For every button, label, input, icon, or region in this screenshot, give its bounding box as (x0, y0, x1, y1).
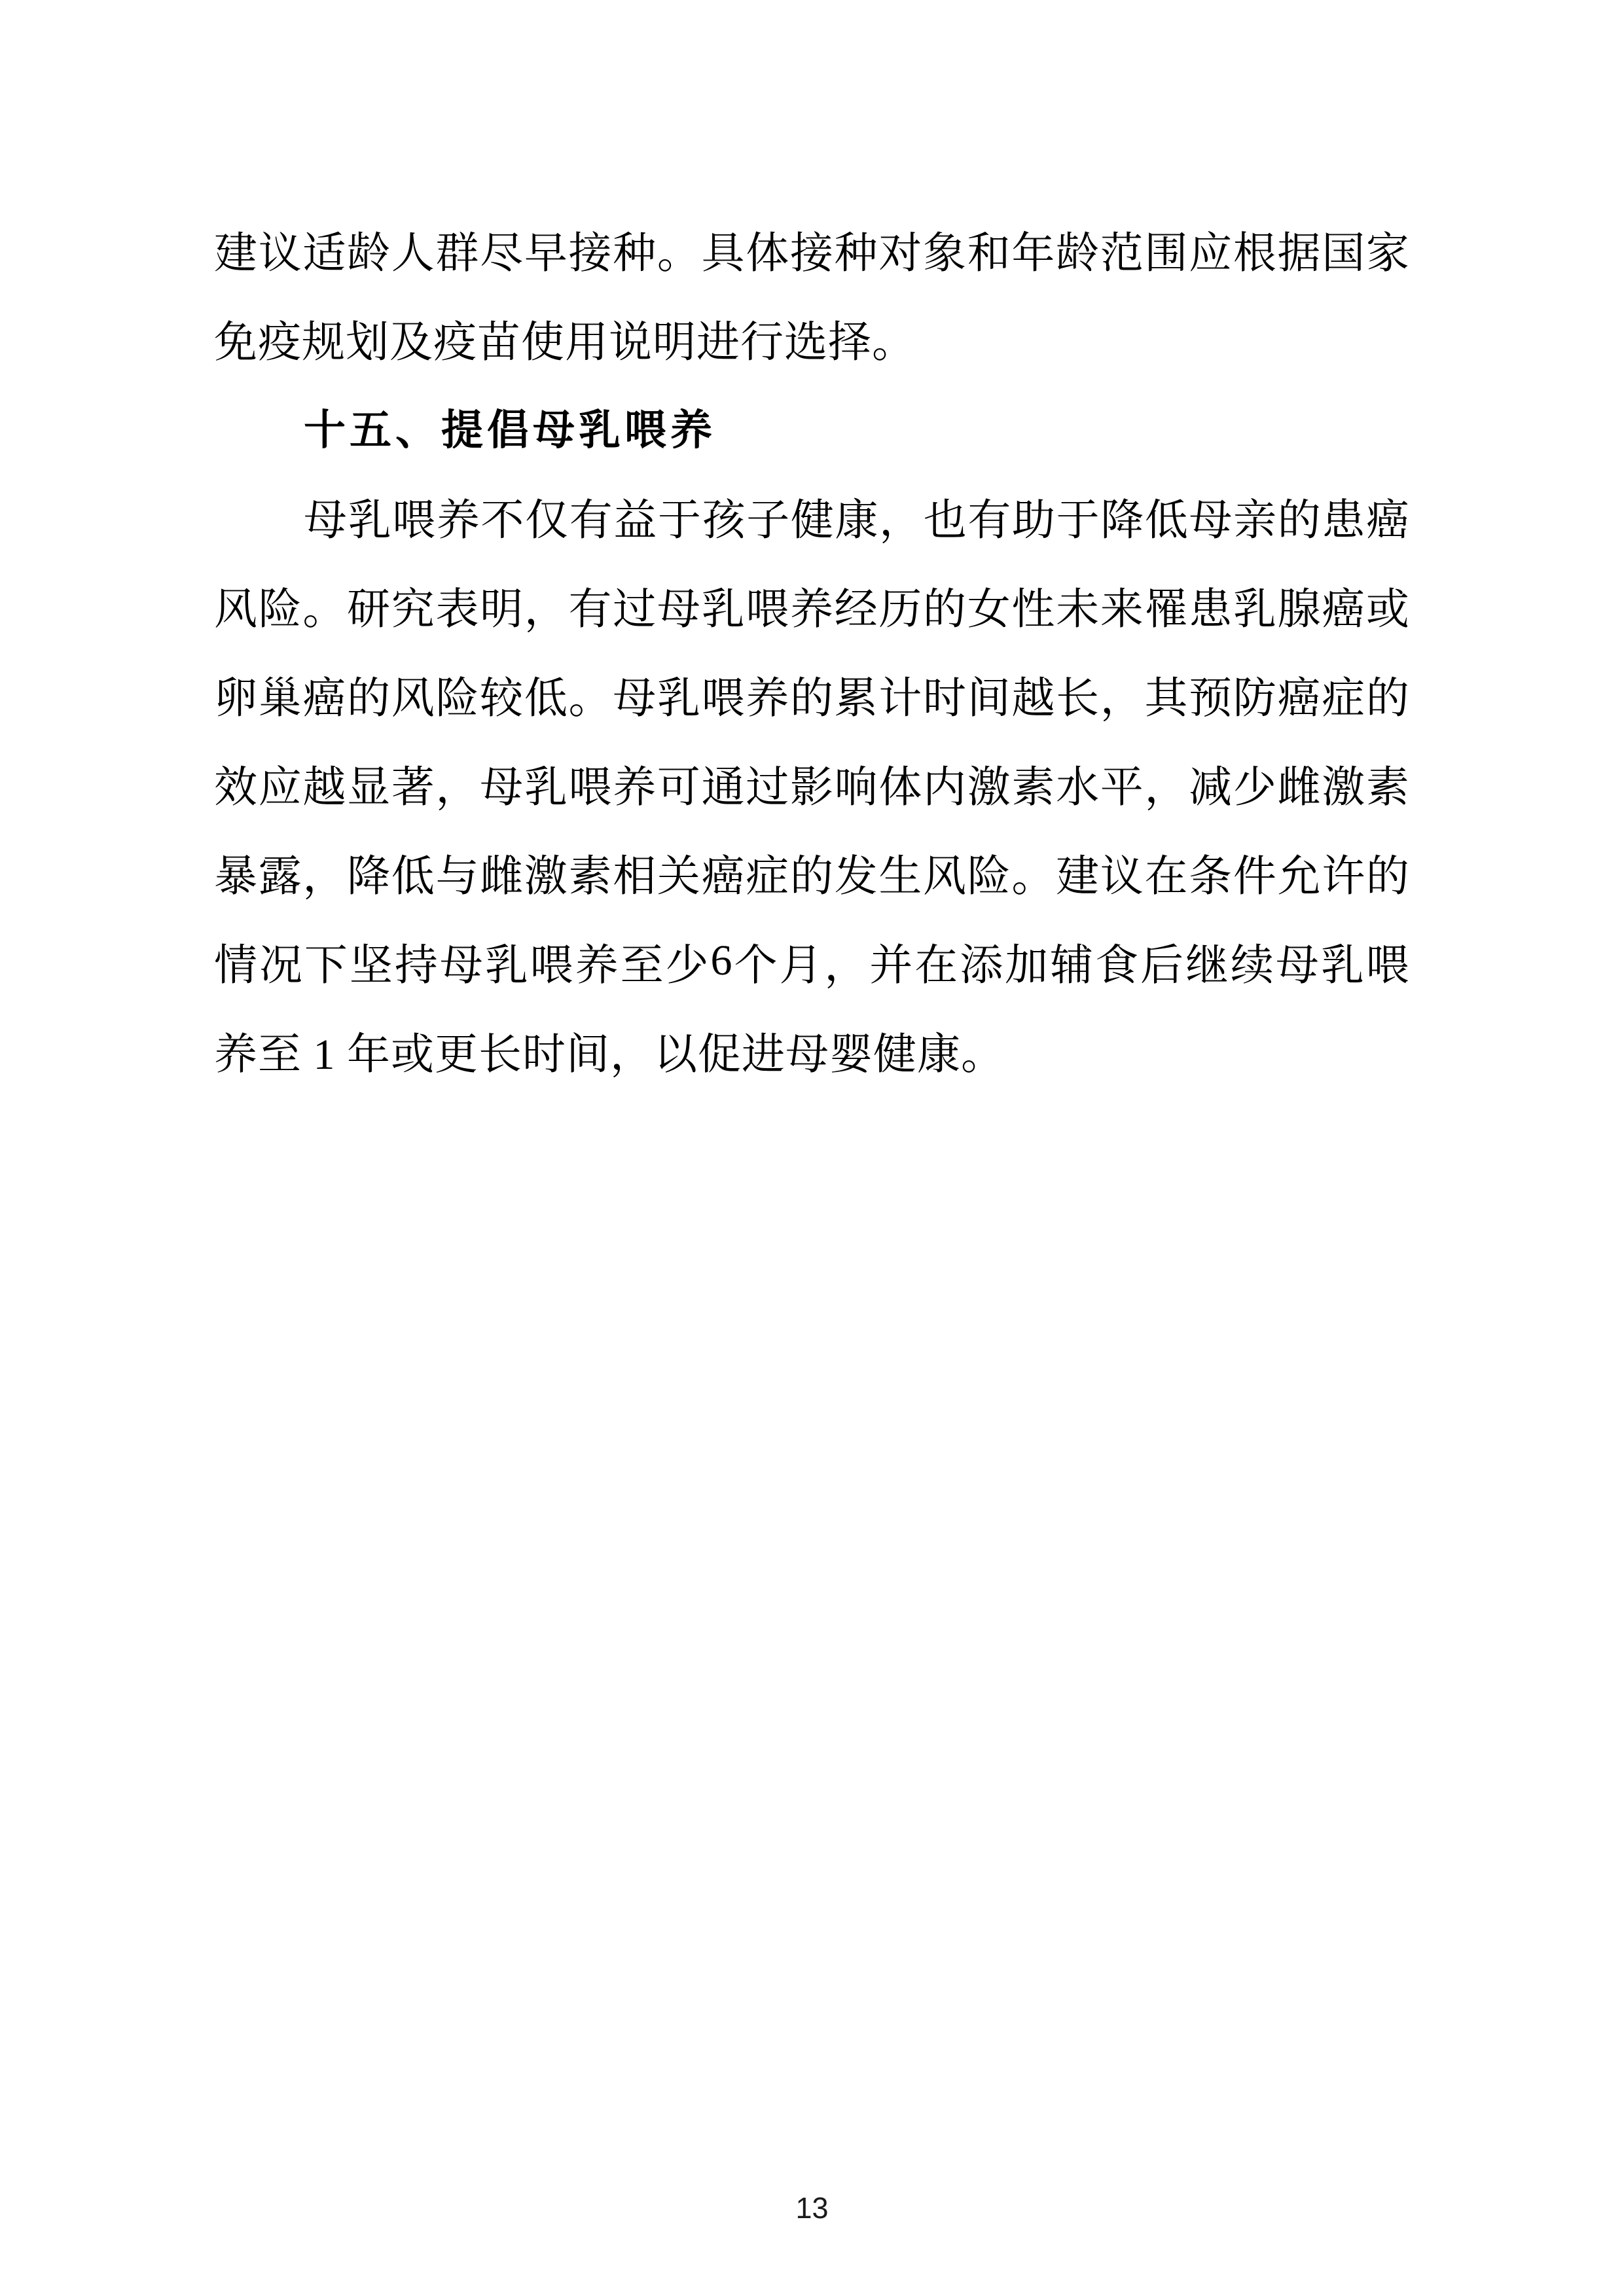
body-line: 情况下坚持母乳喂养至少6个月，并在添加辅食后继续母乳喂 (214, 916, 1409, 1005)
body-line: 暴露，降低与雌激素相关癌症的发生风险。建议在条件允许的 (214, 827, 1409, 916)
text-block: 建议适龄人群尽早接种。具体接种对象和年龄范围应根据国家 免疫规划及疫苗使用说明进… (214, 204, 1409, 1094)
body-line: 风险。研究表明，有过母乳喂养经历的女性未来罹患乳腺癌或 (214, 560, 1409, 649)
body-line: 建议适龄人群尽早接种。具体接种对象和年龄范围应根据国家 (214, 204, 1409, 293)
body-line: 养至 1 年或更长时间，以促进母婴健康。 (214, 1005, 1409, 1094)
body-line: 效应越显著，母乳喂养可通过影响体内激素水平，减少雌激素 (214, 738, 1409, 827)
body-line: 卵巢癌的风险较低。母乳喂养的累计时间越长，其预防癌症的 (214, 649, 1409, 738)
page-number: 13 (0, 2191, 1624, 2225)
section-heading: 十五、提倡母乳喂养 (214, 382, 1409, 471)
body-line: 免疫规划及疫苗使用说明进行选择。 (214, 293, 1409, 382)
body-line: 母乳喂养不仅有益于孩子健康，也有助于降低母亲的患癌 (214, 471, 1409, 560)
document-page: 建议适龄人群尽早接种。具体接种对象和年龄范围应根据国家 免疫规划及疫苗使用说明进… (0, 0, 1624, 2296)
